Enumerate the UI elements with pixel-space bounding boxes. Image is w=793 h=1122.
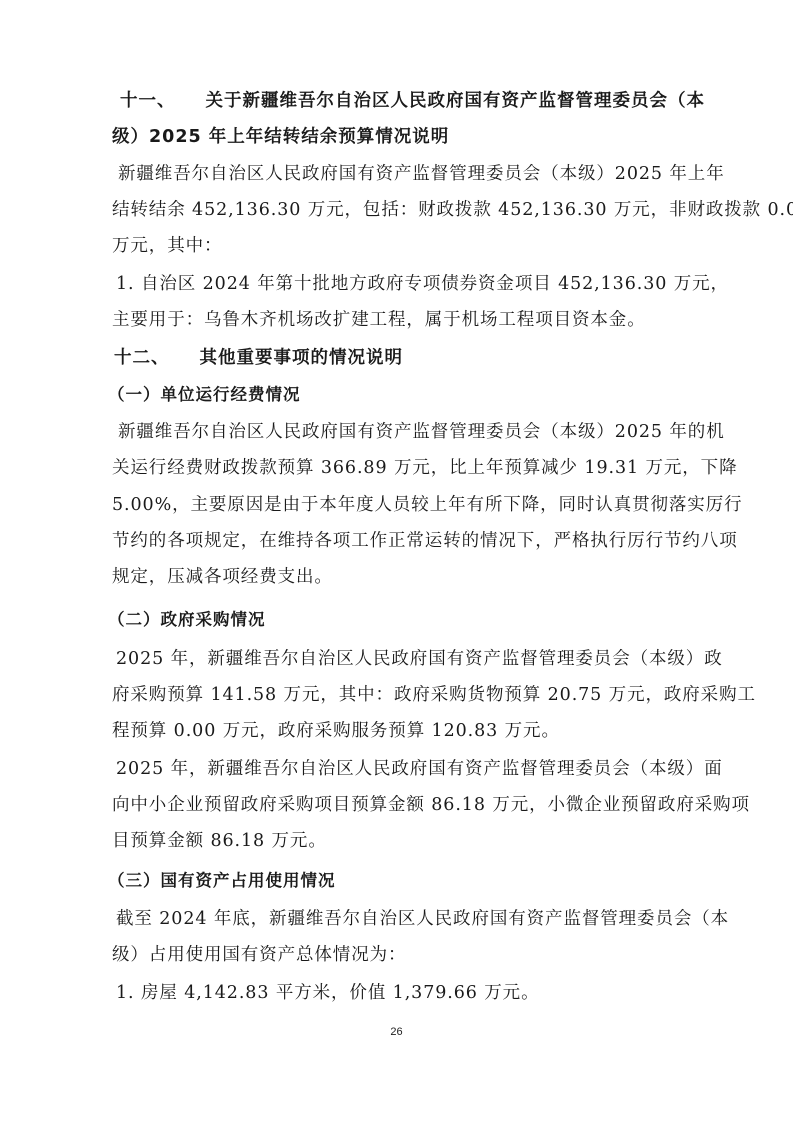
page-number: 26 — [0, 1026, 793, 1038]
paragraph-line: 级）占用使用国有资产总体情况为： — [112, 944, 712, 966]
paragraph-line: 规定，压减各项经费支出。 — [112, 566, 712, 588]
list-item-line: 1. 自治区 2024 年第十批地方政府专项债券资金项目 452,136.30 … — [116, 273, 716, 295]
list-item-line: 1. 房屋 4,142.83 平方米，价值 1,379.66 万元。 — [116, 982, 716, 1004]
document-page: 十一、关于新疆维吾尔自治区人民政府国有资产监督管理委员会（本 级）2025 年上… — [0, 0, 793, 1122]
paragraph-line: 2025 年，新疆维吾尔自治区人民政府国有资产监督管理委员会（本级）面 — [116, 758, 716, 780]
paragraph-line: 府采购预算 141.58 万元，其中：政府采购货物预算 20.75 万元，政府采… — [112, 684, 712, 706]
paragraph-line: 向中小企业预留政府采购项目预算金额 86.18 万元，小微企业预留政府采购项 — [112, 794, 712, 816]
section-11-number: 十一、 — [120, 91, 176, 111]
section-12-title: 其他重要事项的情况说明 — [200, 348, 404, 368]
paragraph-line: 目预算金额 86.18 万元。 — [112, 830, 712, 852]
section-12-number: 十二、 — [114, 348, 170, 368]
subsection-3-heading: （三）国有资产占用使用情况 — [108, 870, 708, 892]
paragraph-line: 万元，其中： — [112, 235, 712, 257]
paragraph-line: 5.00%，主要原因是由于本年度人员较上年有所下降，同时认真贯彻落实厉行 — [112, 494, 712, 516]
paragraph-line: 新疆维吾尔自治区人民政府国有资产监督管理委员会（本级）2025 年上年 — [118, 163, 718, 185]
paragraph-line: 截至 2024 年底，新疆维吾尔自治区人民政府国有资产监督管理委员会（本 — [116, 908, 716, 930]
paragraph-line: 节约的各项规定，在维持各项工作正常运转的情况下，严格执行厉行节约八项 — [112, 530, 712, 552]
paragraph-line: 关运行经费财政拨款预算 366.89 万元，比上年预算减少 19.31 万元，下… — [112, 457, 712, 479]
section-12-heading: 十二、其他重要事项的情况说明 — [114, 347, 714, 369]
subsection-2-heading: （二）政府采购情况 — [108, 609, 708, 631]
section-11-title-line1: 关于新疆维吾尔自治区人民政府国有资产监督管理委员会（本 — [206, 91, 706, 111]
paragraph-line: 程预算 0.00 万元，政府采购服务预算 120.83 万元。 — [112, 720, 712, 742]
subsection-1-heading: （一）单位运行经费情况 — [108, 384, 708, 406]
section-11-title-line2: 级）2025 年上年结转结余预算情况说明 — [112, 126, 712, 148]
paragraph-line: 结转结余 452,136.30 万元，包括：财政拨款 452,136.30 万元… — [112, 199, 712, 221]
paragraph-line: 新疆维吾尔自治区人民政府国有资产监督管理委员会（本级）2025 年的机 — [118, 421, 718, 443]
section-11-heading: 十一、关于新疆维吾尔自治区人民政府国有资产监督管理委员会（本 — [120, 90, 720, 112]
paragraph-line: 2025 年，新疆维吾尔自治区人民政府国有资产监督管理委员会（本级）政 — [116, 648, 716, 670]
list-item-line: 主要用于：乌鲁木齐机场改扩建工程，属于机场工程项目资本金。 — [112, 309, 712, 331]
